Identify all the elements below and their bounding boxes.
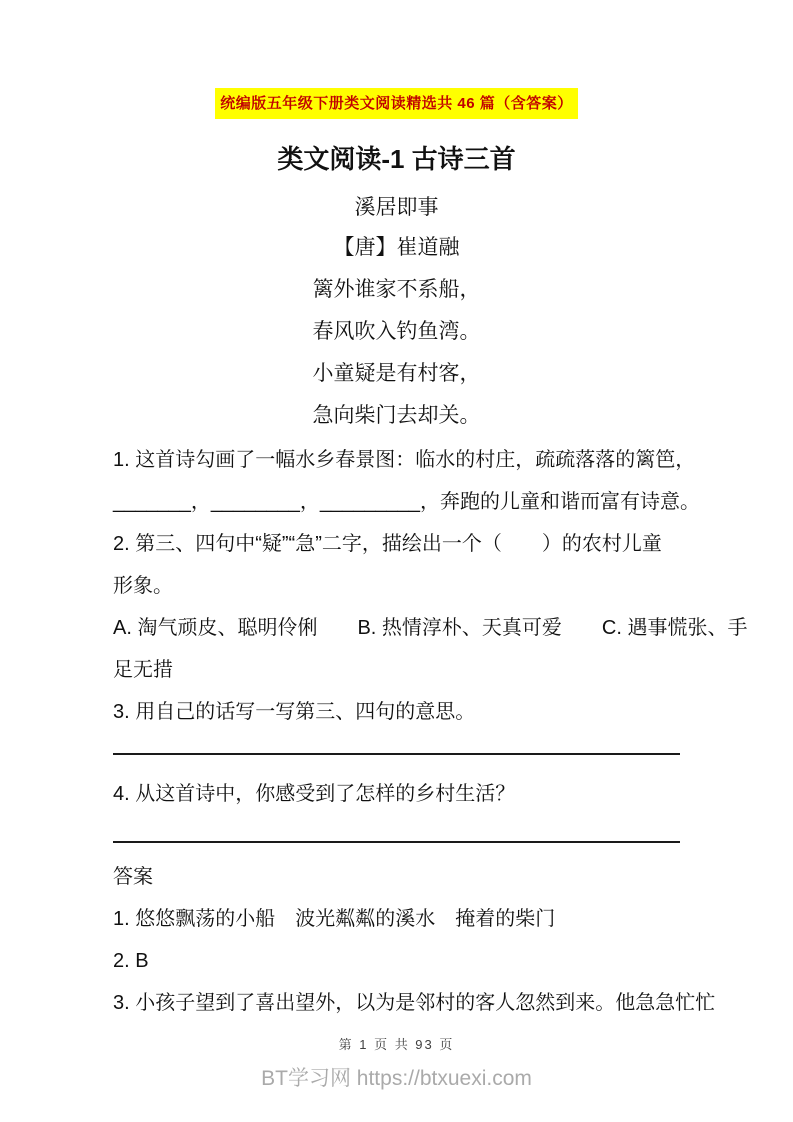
poem-author: 【唐】崔道融 <box>113 233 680 263</box>
question-1-line-1: 1. 这首诗勾画了一幅水乡春景图：临水的村庄，疏疏落落的篱笆， <box>113 439 680 481</box>
answers-heading: 答案 <box>113 856 680 898</box>
document-page: 统编版五年级下册类文阅读精选共 46 篇（含答案） 类文阅读-1 古诗三首 溪居… <box>0 0 793 1122</box>
poem-line: 小童疑是有村客， <box>113 359 680 389</box>
answer-item-1: 1. 悠悠飘荡的小船 波光粼粼的溪水 掩着的柴门 <box>113 898 680 940</box>
header-highlight-banner: 统编版五年级下册类文阅读精选共 46 篇（含答案） <box>215 88 578 119</box>
question-2-options-line-1: A. 淘气顽皮、聪明伶俐 B. 热情淳朴、天真可爱 C. 遇事慌张、手 <box>113 607 680 649</box>
answer-item-2: 2. B <box>113 940 680 982</box>
answer-blank-rule <box>113 753 680 755</box>
question-3: 3. 用自己的话写一写第三、四句的意思。 <box>113 691 680 733</box>
question-2-options-line-2: 足无措 <box>113 649 680 691</box>
site-watermark: BT学习网 https://btxuexi.com <box>0 1062 793 1092</box>
poem-title: 溪居即事 <box>113 193 680 223</box>
poem-line: 篱外谁家不系船， <box>113 275 680 305</box>
question-2-line-2: 形象。 <box>113 565 680 607</box>
answer-blank-rule <box>113 841 680 843</box>
page-title: 类文阅读-1 古诗三首 <box>113 141 680 177</box>
header-row: 统编版五年级下册类文阅读精选共 46 篇（含答案） <box>113 0 680 119</box>
question-2-line-1: 2. 第三、四句中“疑”“急”二字，描绘出一个（ ）的农村儿童 <box>113 523 680 565</box>
question-1-line-2: _______，________，_________，奔跑的儿童和谐而富有诗意。 <box>113 481 680 523</box>
question-4: 4. 从这首诗中，你感受到了怎样的乡村生活？ <box>113 773 680 815</box>
poem-line: 春风吹入钓鱼湾。 <box>113 317 680 347</box>
answer-item-3: 3. 小孩子望到了喜出望外，以为是邻村的客人忽然到来。他急急忙忙 <box>113 982 680 1024</box>
page-number-footer: 第 1 页 共 93 页 <box>0 1034 793 1053</box>
poem-line: 急向柴门去却关。 <box>113 401 680 431</box>
